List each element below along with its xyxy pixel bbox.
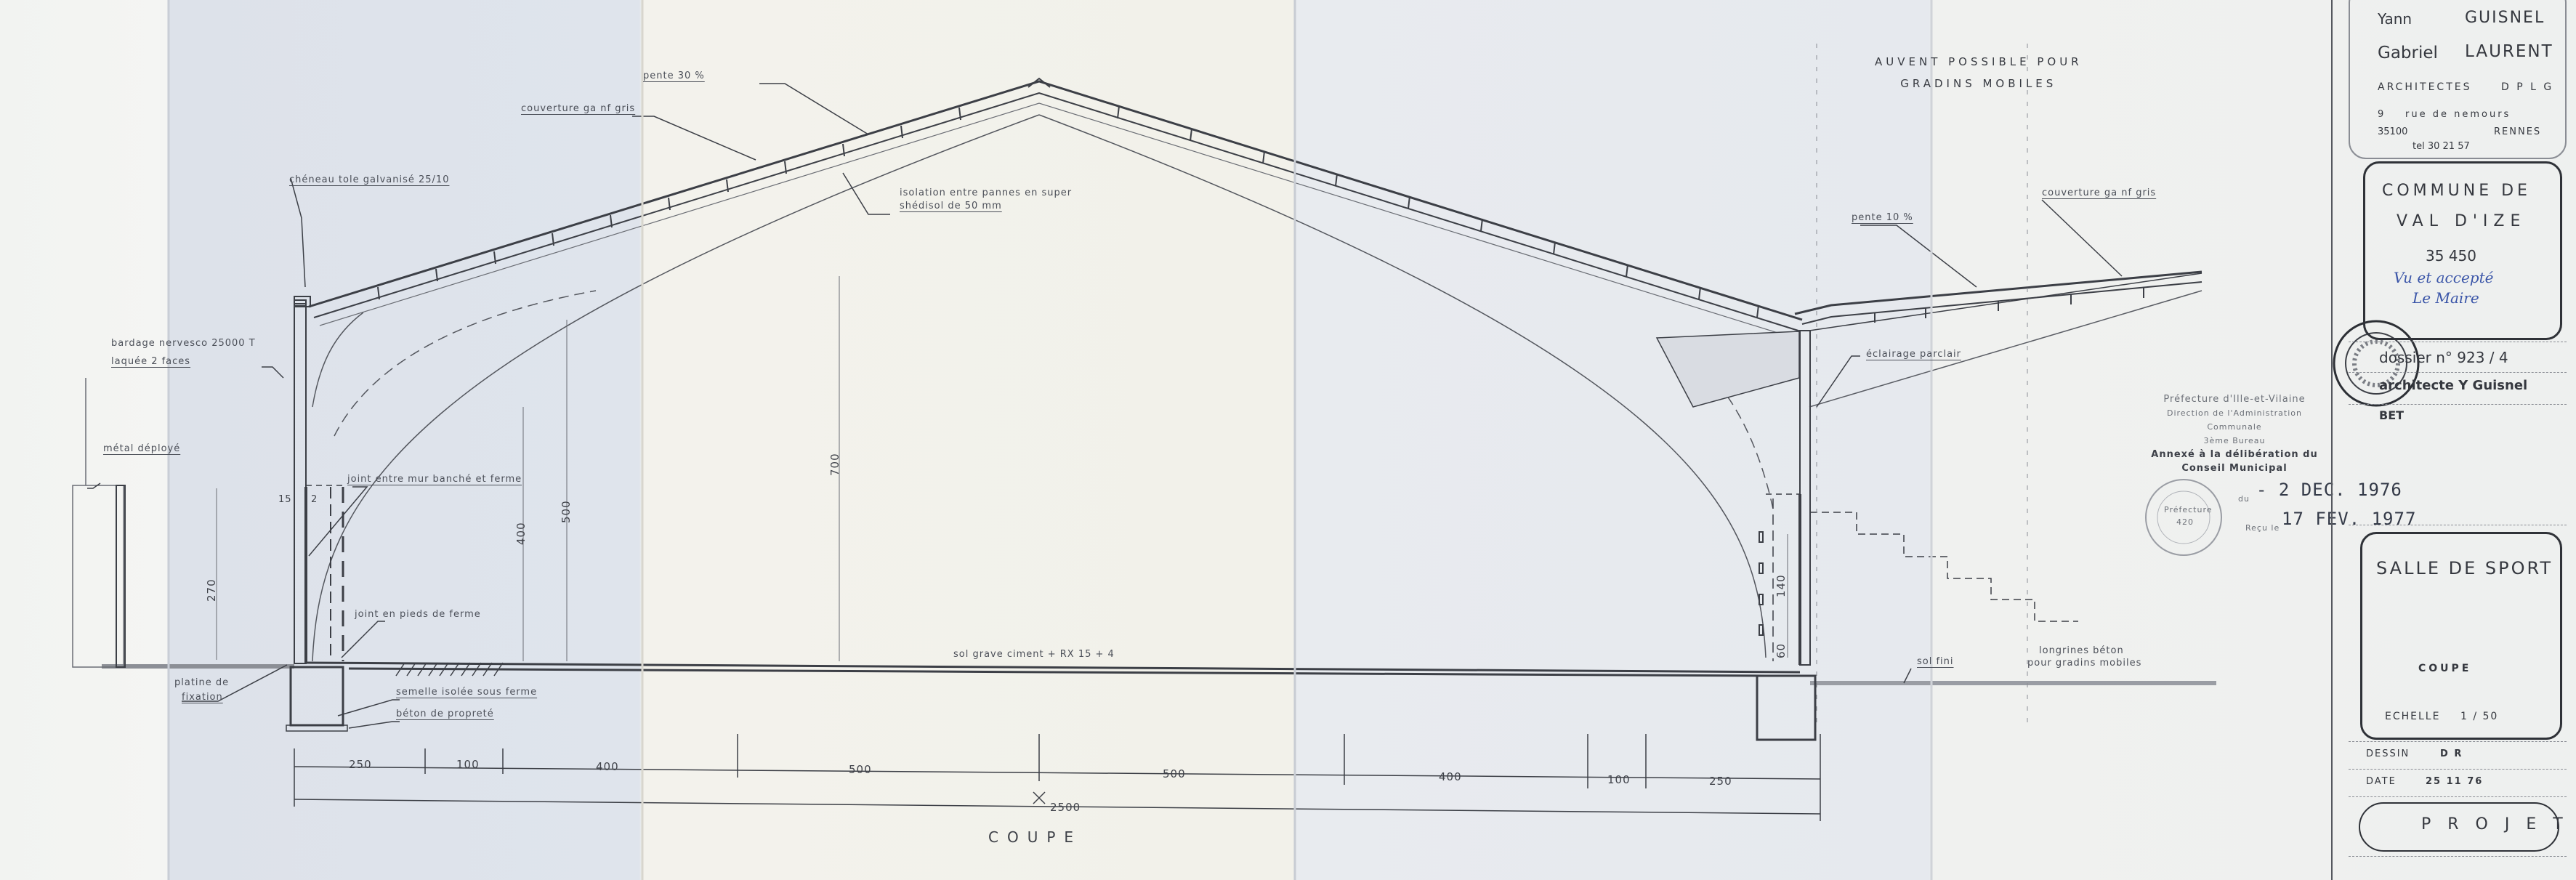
date-label: DATE [2366,776,2397,787]
address-number: 9 [2378,109,2383,120]
round-stamp-center: Préfecture [2164,505,2213,514]
address-street: rue de nemours [2405,109,2511,120]
dim-h-250-right: 250 [1709,775,1732,788]
pref-line-3: Communale [2144,420,2325,434]
pref-line-4: 3ème Bureau [2144,434,2325,448]
scale-label: ECHELLE [2385,711,2440,722]
dim-h-400-left: 400 [596,760,619,773]
pref-line-2: Direction de l'Administration [2144,406,2325,420]
project-name: SALLE DE SPORT [2376,558,2553,578]
note-bardage-2: laquée 2 faces [111,356,190,367]
round-stamp-num: 420 [2176,517,2194,527]
commune-line-1: COMMUNE DE [2382,182,2531,200]
note-platine-2: fixation [182,692,223,703]
note-beton: béton de propreté [396,709,494,719]
commune-postcode: 35 450 [2426,247,2476,265]
dim-2: 2 [311,494,318,505]
architect2-first: Gabriel [2378,44,2438,62]
dessin-label: DESSIN [2366,748,2410,759]
dim-500: 500 [560,500,573,523]
auvent-line-2: GRADINS MOBILES [1875,73,2083,94]
city: RENNES [2494,126,2541,137]
dessin-value: D R [2440,748,2463,759]
pref-line-1: Préfecture d'Ille-et-Vilaine [2144,392,2325,406]
scale-value: 1 / 50 [2460,711,2498,722]
commune-line-2: VAL D'IZE [2397,212,2526,230]
architect2-last: LAURENT [2465,42,2553,61]
title-block: Yann GUISNEL Gabriel LAURENT ARCHITECTES… [2331,0,2572,880]
profession: ARCHITECTES [2378,81,2472,93]
architect1-last: GUISNEL [2465,9,2545,27]
note-sol-fini: sol fini [1917,656,1954,667]
degree: D P L G [2501,81,2553,93]
architecte-name: architecte Y Guisnel [2379,378,2527,393]
dim-15: 15 [278,494,292,505]
note-pente-10: pente 10 % [1852,212,1913,223]
note-metal-deploye: métal déployé [103,443,180,454]
main-roof-outer [309,81,1802,320]
dim-270: 270 [205,578,218,602]
date-value: 25 11 76 [2426,776,2483,787]
note-couverture-auvent: couverture ga nf gris [2042,187,2156,198]
note-semelle: semelle isolée sous ferme [396,687,537,698]
telephone: tel 30 21 57 [2413,141,2470,152]
bet-label: BET [2379,408,2404,422]
note-isolation-1: isolation entre pannes en super [900,187,1072,198]
status-label: P R O J E T [2421,815,2569,833]
drawing-caption: COUPE [988,828,1082,846]
main-roof-inner [314,93,1801,331]
dim-400: 400 [514,522,528,545]
auvent-note: AUVENT POSSIBLE POUR GRADINS MOBILES [1875,51,2083,94]
note-longrines-2: pour gradins mobiles [2027,658,2141,669]
postcode: 35100 [2378,126,2407,137]
note-joint-pieds: joint en pieds de ferme [355,609,481,620]
dim-140: 140 [1774,574,1788,597]
du-label: du [2238,494,2250,504]
architect1-first: Yann [2378,10,2412,28]
note-cheneau: chéneau tole galvanisé 25/10 [289,174,449,185]
dim-h-100-left: 100 [456,758,480,771]
dim-h-500-right: 500 [1163,767,1186,780]
dim-700: 700 [828,453,841,476]
dim-total-2500: 2500 [1050,801,1081,814]
dim-h-250-left: 250 [349,758,372,771]
view-name: COUPE [2418,663,2471,674]
handwritten-approval: Vu et accepté [2394,269,2493,286]
dim-h-400-right: 400 [1439,770,1462,783]
recu-label: Reçu le [2245,523,2280,533]
note-platine-1: platine de [174,677,229,688]
dim-h-100-right: 100 [1607,773,1631,786]
note-joint-mur: joint entre mur banché et ferme [347,474,522,485]
dim-60: 60 [1774,643,1788,658]
note-couverture: couverture ga nf gris [521,103,635,114]
right-arch [1039,115,1766,658]
pref-line-6: Conseil Municipal [2181,463,2287,474]
prefecture-stamp: Préfecture d'Ille-et-Vilaine Direction d… [2144,392,2325,475]
note-eclairage: éclairage parclair [1866,349,1961,360]
pref-line-5: Annexé à la délibération du [2151,449,2317,460]
dim-h-500-left: 500 [849,763,872,776]
note-isolation-2: shédisol de 50 mm [900,201,1002,211]
note-bardage-1: bardage nervesco 25000 T [111,338,256,349]
architectural-drawing-sheet: pente 30 % couverture ga nf gris chéneau… [0,0,2576,880]
dossier-number: dossier n° 923 / 4 [2379,349,2508,366]
auvent-line-1: AUVENT POSSIBLE POUR [1875,51,2083,73]
note-sol: sol grave ciment + RX 15 + 4 [953,649,1115,660]
note-pente-30: pente 30 % [643,70,705,81]
note-longrines-1: longrines béton [2039,645,2124,656]
handwritten-mayor: Le Maire [2413,289,2479,307]
